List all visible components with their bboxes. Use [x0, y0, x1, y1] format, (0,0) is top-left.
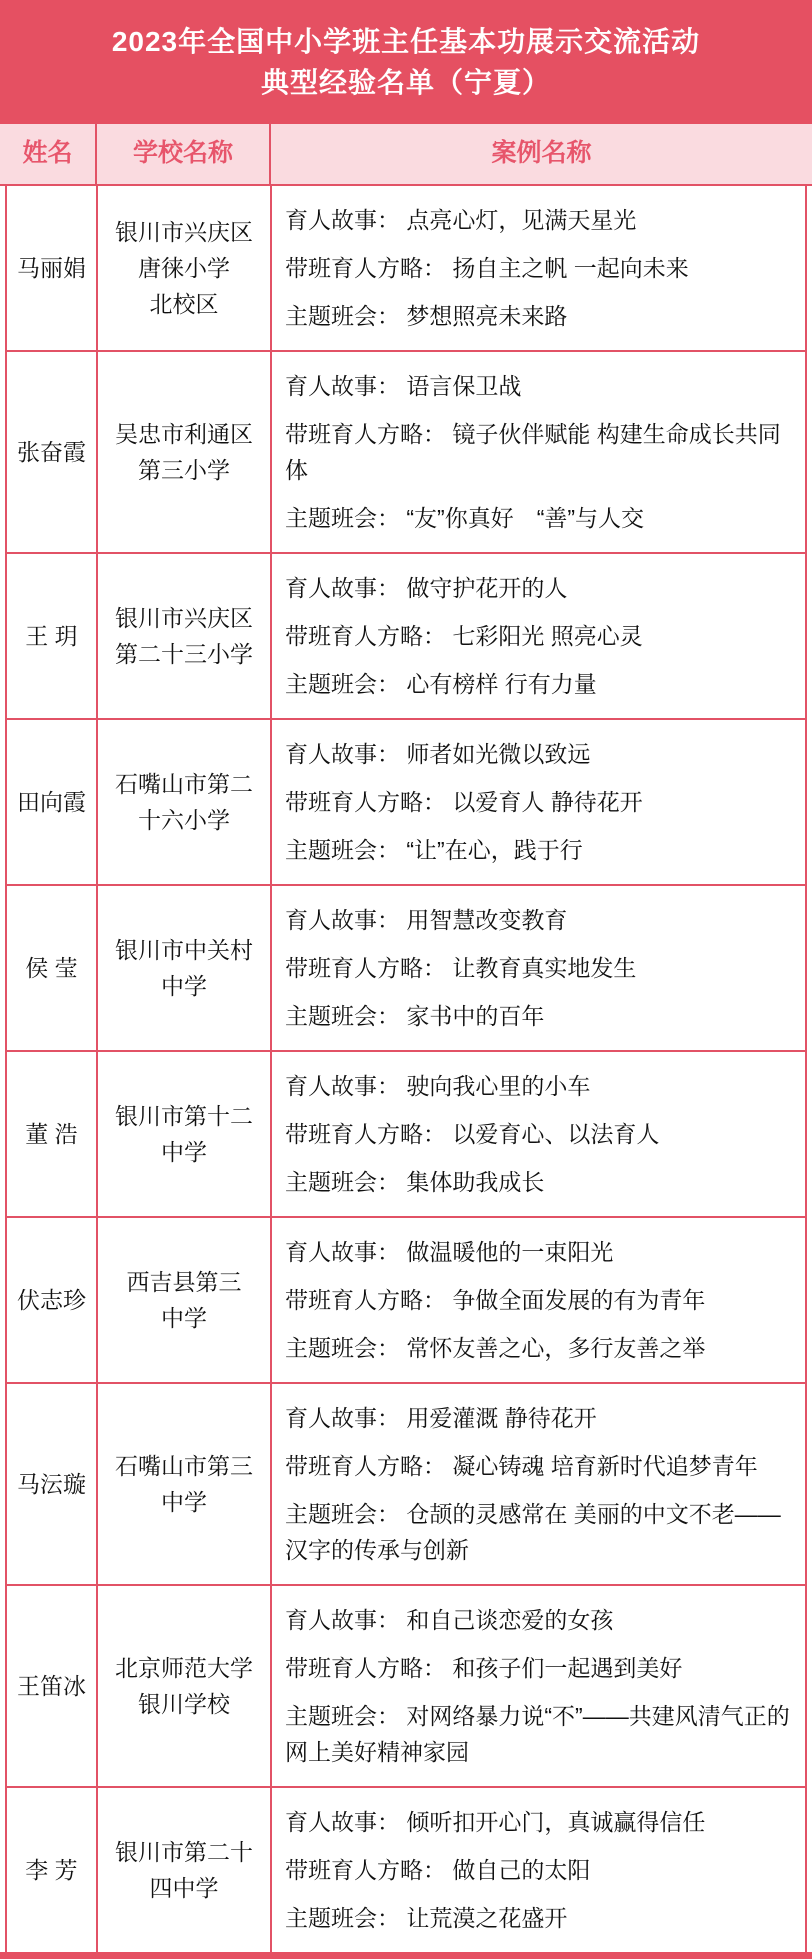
case-class-meeting: 主题班会： 让荒漠之花盛开: [285, 1900, 792, 1936]
school-line: 银川市兴庆区: [99, 214, 269, 250]
table-row: 张奋霞 吴忠市利通区 第三小学 育人故事： 语言保卫战 带班育人方略： 镜子伙伴…: [6, 351, 806, 553]
school-line: 吴忠市利通区: [99, 416, 269, 452]
table-row: 马丽娟 银川市兴庆区 唐徕小学 北校区 育人故事： 点亮心灯，见满天星光 带班育…: [6, 186, 806, 351]
teacher-name: 田向霞: [6, 719, 97, 885]
table-row: 王笛冰 北京师范大学 银川学校 育人故事： 和自己谈恋爱的女孩 带班育人方略： …: [6, 1585, 806, 1787]
teacher-name: 伏志珍: [6, 1217, 97, 1383]
case-story: 育人故事： 做守护花开的人: [285, 570, 792, 606]
title-line-2: 典型经验名单（宁夏）: [0, 62, 812, 103]
table-row: 侯 莹 银川市中关村 中学 育人故事： 用智慧改变教育 带班育人方略： 让教育真…: [6, 885, 806, 1051]
case-class-meeting: 主题班会： 集体助我成长: [285, 1164, 792, 1200]
case-class-meeting: 主题班会： 家书中的百年: [285, 998, 792, 1034]
teacher-name: 侯 莹: [6, 885, 97, 1051]
roster-table: 马丽娟 银川市兴庆区 唐徕小学 北校区 育人故事： 点亮心灯，见满天星光 带班育…: [5, 186, 807, 1952]
school-name: 西吉县第三 中学: [97, 1217, 271, 1383]
school-name: 银川市中关村 中学: [97, 885, 271, 1051]
case-story: 育人故事： 语言保卫战: [285, 368, 792, 404]
title-line-1: 2023年全国中小学班主任基本功展示交流活动: [0, 21, 812, 62]
teacher-name: 王 玥: [6, 553, 97, 719]
school-line: 中学: [99, 968, 269, 1004]
table-row: 董 浩 银川市第十二 中学 育人故事： 驶向我心里的小车 带班育人方略： 以爱育…: [6, 1051, 806, 1217]
table-row: 伏志珍 西吉县第三 中学 育人故事： 做温暖他的一束阳光 带班育人方略： 争做全…: [6, 1217, 806, 1383]
case-list: 育人故事： 师者如光微以致远 带班育人方略： 以爱育人 静待花开 主题班会： “…: [271, 719, 806, 885]
teacher-name: 马沄璇: [6, 1383, 97, 1585]
bottom-border: [0, 1952, 812, 1959]
teacher-name: 王笛冰: [6, 1585, 97, 1787]
case-class-meeting: 主题班会： “让”在心，践于行: [285, 832, 792, 868]
table-header-row: 姓名 学校名称 案例名称: [0, 124, 812, 186]
case-strategy: 带班育人方略： 镜子伙伴赋能 构建生命成长共同体: [285, 416, 792, 488]
case-class-meeting: 主题班会： 梦想照亮未来路: [285, 298, 792, 334]
school-line: 石嘴山市第三: [99, 1448, 269, 1484]
school-line: 银川市中关村: [99, 932, 269, 968]
school-name: 石嘴山市第三 中学: [97, 1383, 271, 1585]
school-line: 唐徕小学: [99, 250, 269, 286]
case-list: 育人故事： 倾听扣开心门，真诚赢得信任 带班育人方略： 做自己的太阳 主题班会：…: [271, 1787, 806, 1952]
school-line: 中学: [99, 1484, 269, 1520]
teacher-name: 张奋霞: [6, 351, 97, 553]
case-list: 育人故事： 做守护花开的人 带班育人方略： 七彩阳光 照亮心灵 主题班会： 心有…: [271, 553, 806, 719]
table-row: 王 玥 银川市兴庆区 第二十三小学 育人故事： 做守护花开的人 带班育人方略： …: [6, 553, 806, 719]
case-list: 育人故事： 用爱灌溉 静待花开 带班育人方略： 凝心铸魂 培育新时代追梦青年 主…: [271, 1383, 806, 1585]
case-strategy: 带班育人方略： 以爱育心、以法育人: [285, 1116, 792, 1152]
case-story: 育人故事： 师者如光微以致远: [285, 736, 792, 772]
case-list: 育人故事： 点亮心灯，见满天星光 带班育人方略： 扬自主之帆 一起向未来 主题班…: [271, 186, 806, 351]
school-name: 银川市第十二 中学: [97, 1051, 271, 1217]
case-story: 育人故事： 和自己谈恋爱的女孩: [285, 1602, 792, 1638]
teacher-name: 马丽娟: [6, 186, 97, 351]
column-header-case: 案例名称: [271, 123, 812, 185]
case-list: 育人故事： 用智慧改变教育 带班育人方略： 让教育真实地发生 主题班会： 家书中…: [271, 885, 806, 1051]
school-line: 中学: [99, 1300, 269, 1336]
school-name: 石嘴山市第二 十六小学: [97, 719, 271, 885]
school-line: 银川市第二十: [99, 1834, 269, 1870]
case-class-meeting: 主题班会： 心有榜样 行有力量: [285, 666, 792, 702]
school-line: 银川学校: [99, 1686, 269, 1722]
case-class-meeting: 主题班会： 常怀友善之心，多行友善之举: [285, 1330, 792, 1366]
school-name: 北京师范大学 银川学校: [97, 1585, 271, 1787]
school-line: 中学: [99, 1134, 269, 1170]
column-header-name: 姓名: [0, 123, 97, 185]
case-strategy: 带班育人方略： 扬自主之帆 一起向未来: [285, 250, 792, 286]
case-list: 育人故事： 语言保卫战 带班育人方略： 镜子伙伴赋能 构建生命成长共同体 主题班…: [271, 351, 806, 553]
school-line: 石嘴山市第二: [99, 766, 269, 802]
school-line: 第三小学: [99, 452, 269, 488]
case-story: 育人故事： 驶向我心里的小车: [285, 1068, 792, 1104]
school-name: 银川市第二十 四中学: [97, 1787, 271, 1952]
case-class-meeting: 主题班会： 仓颉的灵感常在 美丽的中文不老——汉字的传承与创新: [285, 1496, 792, 1568]
school-line: 四中学: [99, 1870, 269, 1906]
case-strategy: 带班育人方略： 做自己的太阳: [285, 1852, 792, 1888]
school-name: 银川市兴庆区 第二十三小学: [97, 553, 271, 719]
teacher-name: 李 芳: [6, 1787, 97, 1952]
case-strategy: 带班育人方略： 凝心铸魂 培育新时代追梦青年: [285, 1448, 792, 1484]
case-list: 育人故事： 做温暖他的一束阳光 带班育人方略： 争做全面发展的有为青年 主题班会…: [271, 1217, 806, 1383]
case-story: 育人故事： 倾听扣开心门，真诚赢得信任: [285, 1804, 792, 1840]
school-line: 十六小学: [99, 802, 269, 838]
title-banner: 2023年全国中小学班主任基本功展示交流活动 典型经验名单（宁夏）: [0, 0, 812, 124]
case-strategy: 带班育人方略： 七彩阳光 照亮心灵: [285, 618, 792, 654]
school-name: 银川市兴庆区 唐徕小学 北校区: [97, 186, 271, 351]
school-name: 吴忠市利通区 第三小学: [97, 351, 271, 553]
school-line: 银川市兴庆区: [99, 600, 269, 636]
column-header-school: 学校名称: [97, 123, 271, 185]
case-story: 育人故事： 点亮心灯，见满天星光: [285, 202, 792, 238]
case-list: 育人故事： 和自己谈恋爱的女孩 带班育人方略： 和孩子们一起遇到美好 主题班会：…: [271, 1585, 806, 1787]
page: 2023年全国中小学班主任基本功展示交流活动 典型经验名单（宁夏） 姓名 学校名…: [0, 0, 812, 1959]
teacher-name: 董 浩: [6, 1051, 97, 1217]
case-class-meeting: 主题班会： “友”你真好 “善”与人交: [285, 500, 792, 536]
case-strategy: 带班育人方略： 让教育真实地发生: [285, 950, 792, 986]
case-strategy: 带班育人方略： 以爱育人 静待花开: [285, 784, 792, 820]
school-line: 第二十三小学: [99, 636, 269, 672]
school-line: 北京师范大学: [99, 1650, 269, 1686]
school-line: 西吉县第三: [99, 1264, 269, 1300]
table-row: 田向霞 石嘴山市第二 十六小学 育人故事： 师者如光微以致远 带班育人方略： 以…: [6, 719, 806, 885]
case-story: 育人故事： 用智慧改变教育: [285, 902, 792, 938]
case-story: 育人故事： 用爱灌溉 静待花开: [285, 1400, 792, 1436]
case-strategy: 带班育人方略： 和孩子们一起遇到美好: [285, 1650, 792, 1686]
case-class-meeting: 主题班会： 对网络暴力说“不”——共建风清气正的网上美好精神家园: [285, 1698, 792, 1770]
case-list: 育人故事： 驶向我心里的小车 带班育人方略： 以爱育心、以法育人 主题班会： 集…: [271, 1051, 806, 1217]
table-row: 李 芳 银川市第二十 四中学 育人故事： 倾听扣开心门，真诚赢得信任 带班育人方…: [6, 1787, 806, 1952]
school-line: 北校区: [99, 286, 269, 322]
case-story: 育人故事： 做温暖他的一束阳光: [285, 1234, 792, 1270]
case-strategy: 带班育人方略： 争做全面发展的有为青年: [285, 1282, 792, 1318]
table-row: 马沄璇 石嘴山市第三 中学 育人故事： 用爱灌溉 静待花开 带班育人方略： 凝心…: [6, 1383, 806, 1585]
school-line: 银川市第十二: [99, 1098, 269, 1134]
